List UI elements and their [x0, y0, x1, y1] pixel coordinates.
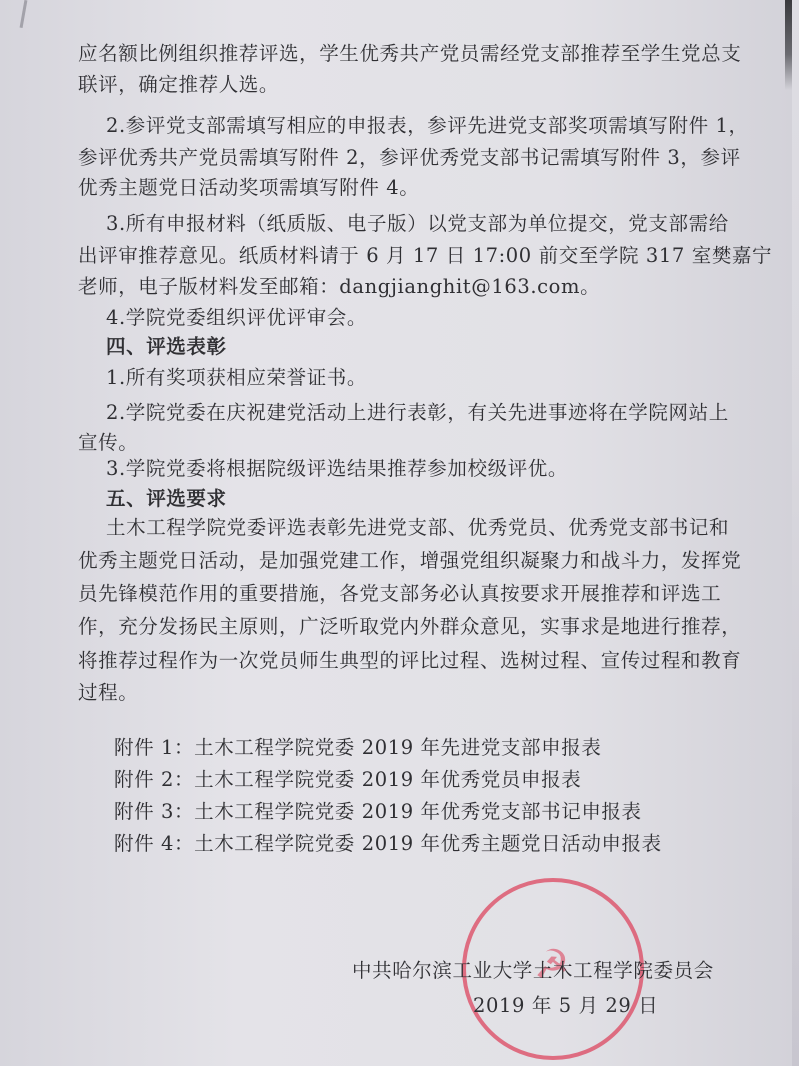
paragraph-line: 老师，电子版材料发至邮箱：dangjianghit@163.com。 [78, 271, 600, 299]
paragraph-line: 3.所有申报材料（纸质版、电子版）以党支部为单位提交，党支部需给 [106, 208, 729, 236]
paragraph-line: 土木工程学院党委评选表彰先进党支部、优秀党员、优秀党支部书记和 [106, 512, 729, 540]
paragraph-line: 参评优秀共产党员需填写附件 2，参评优秀党支部书记需填写附件 3，参评 [78, 142, 741, 170]
paragraph-line: 2.学院党委在庆祝建党活动上进行表彰，有关先进事迹将在学院网站上 [106, 397, 729, 425]
section-heading-4: 四、评选表彰 [106, 331, 227, 359]
attachment-item-4: 附件 4：土木工程学院党委 2019 年优秀主题党日活动申报表 [114, 828, 662, 856]
paragraph-line: 将推荐过程作为一次党员师生典型的评比过程、选树过程、宣传过程和教育 [78, 645, 741, 673]
paragraph-line: 作，充分发扬民主原则，广泛听取党内外群众意见，实事求是地进行推荐， [78, 611, 741, 639]
paragraph-line: 优秀主题党日活动，是加强党建工作，增强党组织凝聚力和战斗力，发挥党 [78, 545, 741, 573]
paragraph-line: 3.学院党委将根据院级评选结果推荐参加校级评优。 [106, 453, 568, 481]
paragraph-line: 优秀主题党日活动奖项需填写附件 4。 [78, 172, 419, 200]
paragraph-line: 宣传。 [78, 427, 138, 455]
paragraph-line: 4.学院党委组织评优评审会。 [106, 302, 367, 330]
signature-organization: 中共哈尔滨工业大学土木工程学院委员会 [352, 955, 714, 983]
attachment-item-3: 附件 3：土木工程学院党委 2019 年优秀党支部书记申报表 [114, 796, 642, 824]
signature-date: 2019 年 5 月 29 日 [473, 990, 658, 1018]
section-heading-5: 五、评选要求 [106, 483, 227, 511]
document-page: 应名额比例组织推荐评选，学生优秀共产党员需经党支部推荐至学生党总支 联评，确定推… [0, 0, 792, 1066]
paragraph-line: 出评审推荐意见。纸质材料请于 6 月 17 日 17:00 前交至学院 317 … [78, 240, 772, 268]
paragraph-line: 应名额比例组织推荐评选，学生优秀共产党员需经党支部推荐至学生党总支 [78, 38, 741, 66]
paragraph-line: 1.所有奖项获相应荣誉证书。 [106, 362, 367, 390]
attachment-item-1: 附件 1：土木工程学院党委 2019 年先进党支部申报表 [114, 732, 601, 760]
paragraph-line: 员先锋模范作用的重要措施，各党支部务必认真按要求开展推荐和评选工 [78, 578, 721, 606]
paragraph-line: 2.参评党支部需填写相应的申报表，参评先进党支部奖项需填写附件 1， [106, 110, 749, 138]
paragraph-line: 过程。 [78, 677, 138, 705]
page-fold-mark [20, 0, 28, 28]
paragraph-line: 联评，确定推荐人选。 [78, 69, 279, 97]
attachment-item-2: 附件 2：土木工程学院党委 2019 年优秀党员申报表 [114, 764, 581, 792]
page-edge-shadow [785, 0, 792, 90]
